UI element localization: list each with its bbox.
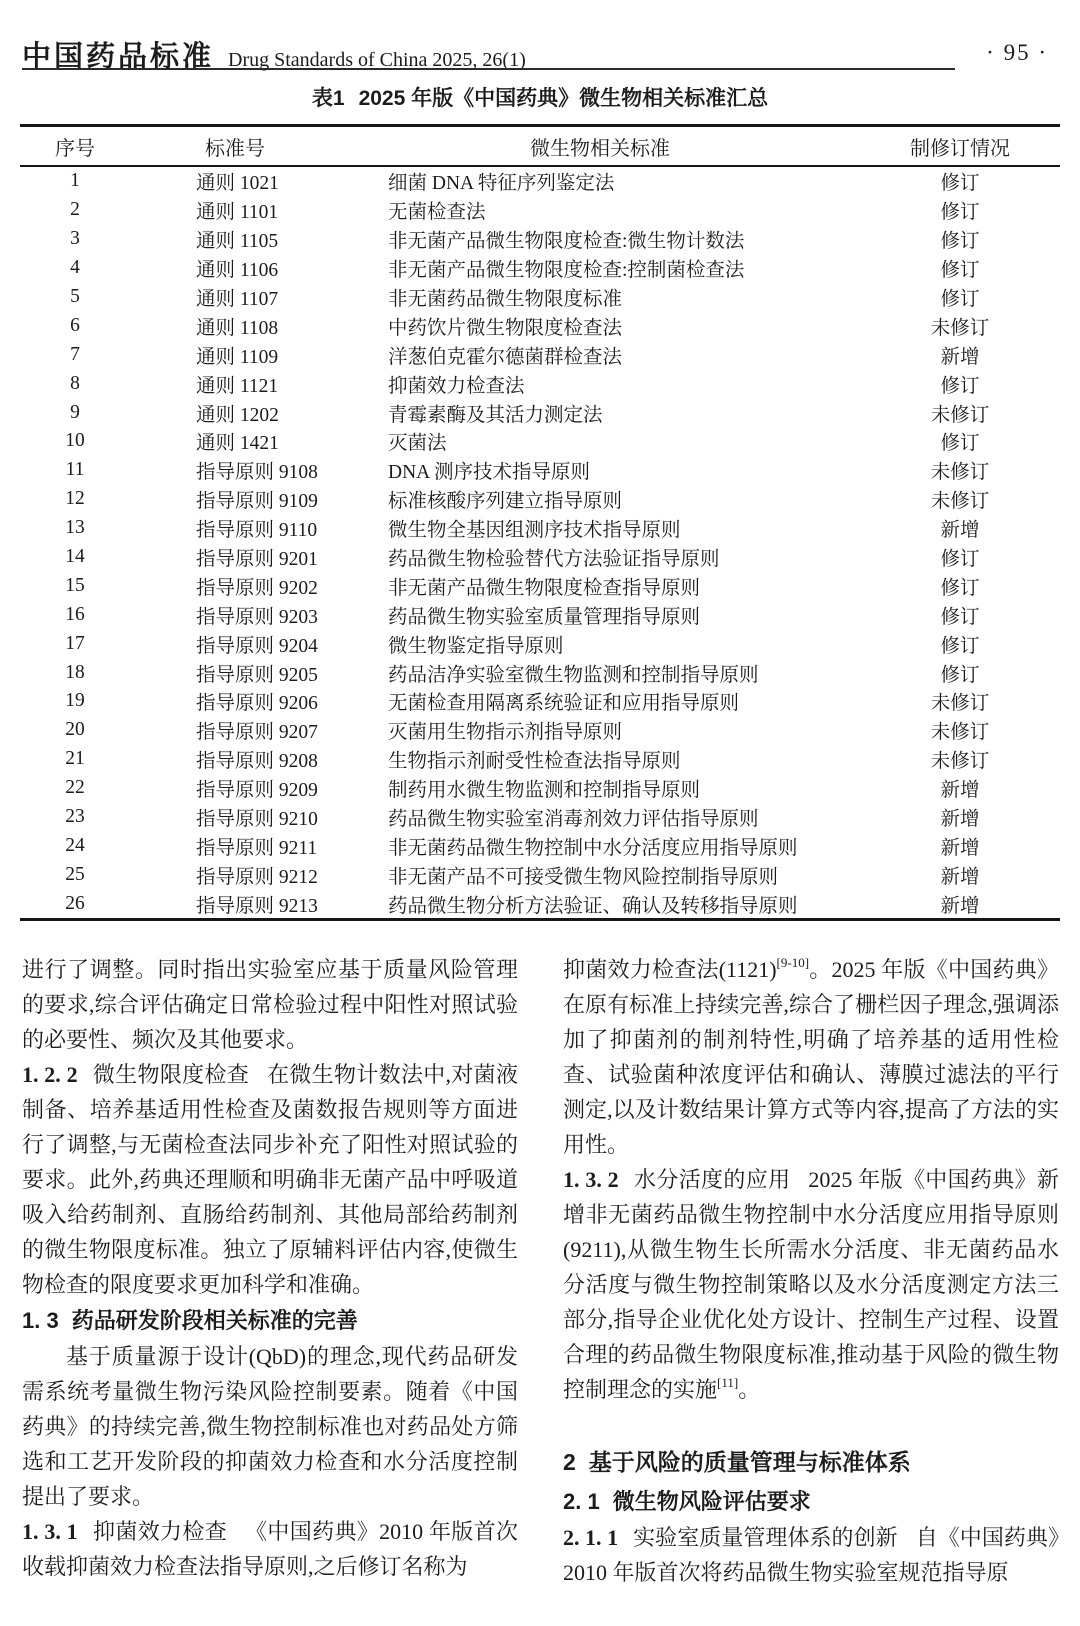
standard-name: DNA 测序技术指导原则 [340,456,860,484]
table-row: 23指导原则 9210药品微生物实验室消毒剂效力评估指导原则新增 [20,803,1060,832]
table-row: 4通则 1106非无菌产品微生物限度检查:控制菌检查法修订 [20,254,1060,283]
row-index: 13 [20,517,130,539]
standard-name: 药品微生物实验室质量管理指导原则 [340,601,860,629]
table-row: 7通则 1109洋葱伯克霍尔德菌群检查法新增 [20,340,1060,369]
revision-status: 新增 [860,341,1060,369]
row-index: 26 [20,893,130,915]
standard-name: 非无菌产品微生物限度检查指导原则 [340,572,860,600]
section-2: 2基于风险的质量管理与标准体系 [563,1441,1059,1483]
table-row: 9通则 1202青霉素酶及其活力测定法未修订 [20,398,1060,427]
standard-number: 指导原则 9213 [130,890,340,918]
table-row: 13指导原则 9110微生物全基因组测序技术指导原则新增 [20,514,1060,543]
row-index: 14 [20,546,130,568]
section-1-3: 1. 3药品研发阶段相关标准的完善 [22,1302,518,1339]
paragraph: 进行了调整。同时指出实验室应基于质量风险管理的要求,综合评估确定日常检验过程中阳… [22,952,518,1057]
revision-status: 新增 [860,514,1060,542]
row-index: 19 [20,690,130,712]
section-2-1-1: 2. 1. 1实验室质量管理体系的创新自《中国药典》2010 年版首次将药品微生… [563,1520,1059,1590]
revision-status: 未修订 [860,456,1060,484]
revision-status: 修订 [860,543,1060,571]
standard-name: 药品微生物分析方法验证、确认及转移指导原则 [340,890,860,918]
paragraph: 抑菌效力检查法(1121)[9-10]。2025 年版《中国药典》在原有标准上持… [563,952,1059,1162]
section-number: 1. 3. 2 [563,1167,619,1192]
table-row: 19指导原则 9206无菌检查用隔离系统验证和应用指导原则未修订 [20,687,1060,716]
standard-number: 通则 1421 [130,427,340,455]
standard-number: 指导原则 9211 [130,832,340,860]
table-caption: 2025 年版《中国药典》微生物相关标准汇总 [359,87,769,110]
revision-status: 未修订 [860,687,1060,715]
section-number: 1. 3. 1 [22,1519,78,1544]
standard-number: 通则 1105 [130,225,340,253]
page-header: 中国药品标准 Drug Standards of China 2025, 26(… [22,34,1058,68]
table-row: 12指导原则 9109标准核酸序列建立指导原则未修订 [20,485,1060,514]
revision-status: 未修订 [860,399,1060,427]
row-index: 5 [20,286,130,308]
journal-page: 中国药品标准 Drug Standards of China 2025, 26(… [0,0,1080,1626]
standard-number: 指导原则 9206 [130,687,340,715]
standard-number: 指导原则 9210 [130,803,340,831]
table-row: 25指导原则 9212非无菌产品不可接受微生物风险控制指导原则新增 [20,860,1060,889]
column-header-index: 序号 [20,132,130,161]
table-row: 2通则 1101无菌检查法修订 [20,196,1060,225]
paragraph: 基于质量源于设计(QbD)的理念,现代药品研发需系统考量微生物污染风险控制要素。… [22,1339,518,1514]
revision-status: 修订 [860,283,1060,311]
row-index: 15 [20,575,130,597]
citation-superscript: [11] [717,1375,738,1390]
table-row: 17指导原则 9204微生物鉴定指导原则修订 [20,629,1060,658]
row-index: 25 [20,864,130,886]
section-title: 微生物风险评估要求 [613,1489,811,1514]
row-index: 11 [20,459,130,481]
standard-name: 灭菌用生物指示剂指导原则 [340,716,860,744]
revision-status: 未修订 [860,745,1060,773]
revision-status: 新增 [860,803,1060,831]
standard-number: 通则 1101 [130,196,340,224]
section-number: 1. 3 [22,1308,59,1333]
row-index: 7 [20,344,130,366]
column-header-standard-name: 微生物相关标准 [340,132,860,161]
section-number: 1. 2. 2 [22,1062,78,1087]
standard-number: 指导原则 9203 [130,601,340,629]
standard-number: 指导原则 9109 [130,485,340,513]
row-index: 17 [20,633,130,655]
table-row: 15指导原则 9202非无菌产品微生物限度检查指导原则修订 [20,571,1060,600]
left-column: 进行了调整。同时指出实验室应基于质量风险管理的要求,综合评估确定日常检验过程中阳… [22,952,518,1590]
standard-number: 通则 1109 [130,341,340,369]
revision-status: 未修订 [860,716,1060,744]
section-title: 微生物限度检查 [93,1062,249,1087]
table-header-row: 序号 标准号 微生物相关标准 制修订情况 [20,127,1060,167]
section-1-3-2: 1. 3. 2水分活度的应用2025 年版《中国药典》新增非无菌药品微生物控制中… [563,1162,1059,1407]
table-row: 14指导原则 9201药品微生物检验替代方法验证指导原则修订 [20,543,1060,572]
standard-number: 指导原则 9212 [130,861,340,889]
standard-number: 指导原则 9205 [130,659,340,687]
table-row: 11指导原则 9108DNA 测序技术指导原则未修订 [20,456,1060,485]
row-index: 16 [20,604,130,626]
revision-status: 修订 [860,572,1060,600]
row-index: 6 [20,315,130,337]
row-index: 23 [20,806,130,828]
standard-number: 通则 1106 [130,254,340,282]
standard-number: 通则 1202 [130,399,340,427]
standard-number: 通则 1121 [130,370,340,398]
standard-name: 非无菌药品微生物限度标准 [340,283,860,311]
section-title: 基于风险的质量管理与标准体系 [589,1449,911,1475]
standard-name: 洋葱伯克霍尔德菌群检查法 [340,341,860,369]
row-index: 12 [20,488,130,510]
standard-name: 灭菌法 [340,427,860,455]
right-column: 抑菌效力检查法(1121)[9-10]。2025 年版《中国药典》在原有标准上持… [563,952,1059,1590]
revision-status: 修订 [860,196,1060,224]
revision-status: 新增 [860,832,1060,860]
revision-status: 修订 [860,225,1060,253]
table-title: 表12025 年版《中国药典》微生物相关标准汇总 [0,82,1080,112]
section-number: 2. 1. 1 [563,1525,618,1550]
standard-name: 抑菌效力检查法 [340,370,860,398]
standard-number: 通则 1108 [130,312,340,340]
section-title: 实验室质量管理体系的创新 [633,1525,898,1550]
standard-number: 通则 1107 [130,283,340,311]
revision-status: 修订 [860,370,1060,398]
section-1-2-2: 1. 2. 2微生物限度检查在微生物计数法中,对菌液制备、培养基适用性检查及菌数… [22,1057,518,1302]
header-rule [22,68,955,70]
standard-name: 中药饮片微生物限度检查法 [340,312,860,340]
table-row: 6通则 1108中药饮片微生物限度检查法未修订 [20,311,1060,340]
standard-number: 指导原则 9110 [130,514,340,542]
body-columns: 进行了调整。同时指出实验室应基于质量风险管理的要求,综合评估确定日常检验过程中阳… [22,952,1059,1590]
column-header-revision-status: 制修订情况 [860,132,1060,161]
revision-status: 未修订 [860,312,1060,340]
standard-number: 指导原则 9204 [130,630,340,658]
standard-name: 非无菌产品微生物限度检查:控制菌检查法 [340,254,860,282]
standard-name: 药品洁净实验室微生物监测和控制指导原则 [340,659,860,687]
standard-number: 指导原则 9209 [130,774,340,802]
section-number: 2 [563,1449,576,1475]
table-row: 21指导原则 9208生物指示剂耐受性检查法指导原则未修订 [20,745,1060,774]
standard-number: 指导原则 9207 [130,716,340,744]
revision-status: 修订 [860,167,1060,195]
standard-name: 制药用水微生物监测和控制指导原则 [340,774,860,802]
standard-number: 指导原则 9201 [130,543,340,571]
table-row: 8通则 1121抑菌效力检查法修订 [20,369,1060,398]
revision-status: 修订 [860,427,1060,455]
row-index: 20 [20,719,130,741]
standard-name: 药品微生物实验室消毒剂效力评估指导原则 [340,803,860,831]
row-index: 22 [20,777,130,799]
table-row: 24指导原则 9211非无菌药品微生物控制中水分活度应用指导原则新增 [20,831,1060,860]
section-title: 水分活度的应用 [634,1167,791,1192]
revision-status: 修订 [860,601,1060,629]
revision-status: 新增 [860,861,1060,889]
section-2-1: 2. 1微生物风险评估要求 [563,1483,1059,1520]
section-title: 药品研发阶段相关标准的完善 [72,1308,358,1333]
table-row: 10通则 1421灭菌法修订 [20,427,1060,456]
row-index: 18 [20,662,130,684]
table-body: 1通则 1021细菌 DNA 特征序列鉴定法修订2通则 1101无菌检查法修订3… [20,167,1060,918]
table-row: 20指导原则 9207灭菌用生物指示剂指导原则未修订 [20,716,1060,745]
standard-number: 指导原则 9208 [130,745,340,773]
section-1-3-1: 1. 3. 1抑菌效力检查《中国药典》2010 年版首次收载抑菌效力检查法指导原… [22,1514,518,1584]
standard-name: 无菌检查法 [340,196,860,224]
row-index: 3 [20,228,130,250]
standard-name: 生物指示剂耐受性检查法指导原则 [340,745,860,773]
standard-name: 非无菌产品微生物限度检查:微生物计数法 [340,225,860,253]
row-index: 4 [20,257,130,279]
row-index: 10 [20,430,130,452]
standards-table: 序号 标准号 微生物相关标准 制修订情况 1通则 1021细菌 DNA 特征序列… [20,124,1060,921]
table-row: 5通则 1107非无菌药品微生物限度标准修订 [20,283,1060,312]
table-row: 22指导原则 9209制药用水微生物监测和控制指导原则新增 [20,774,1060,803]
table-row: 16指导原则 9203药品微生物实验室质量管理指导原则修订 [20,600,1060,629]
row-index: 8 [20,373,130,395]
section-number: 2. 1 [563,1489,600,1514]
revision-status: 修订 [860,254,1060,282]
standard-number: 指导原则 9108 [130,456,340,484]
standard-name: 标准核酸序列建立指导原则 [340,485,860,513]
column-header-standard-number: 标准号 [130,132,340,161]
standard-name: 药品微生物检验替代方法验证指导原则 [340,543,860,571]
row-index: 1 [20,170,130,192]
standard-name: 非无菌药品微生物控制中水分活度应用指导原则 [340,832,860,860]
page-number: · 95 · [986,40,1048,66]
revision-status: 未修订 [860,485,1060,513]
standard-name: 细菌 DNA 特征序列鉴定法 [340,167,860,195]
standard-name: 青霉素酶及其活力测定法 [340,399,860,427]
standard-number: 指导原则 9202 [130,572,340,600]
standard-name: 无菌检查用隔离系统验证和应用指导原则 [340,687,860,715]
standard-name: 非无菌产品不可接受微生物风险控制指导原则 [340,861,860,889]
table-row: 3通则 1105非无菌产品微生物限度检查:微生物计数法修订 [20,225,1060,254]
revision-status: 新增 [860,890,1060,918]
row-index: 24 [20,835,130,857]
citation-superscript: [9-10] [777,955,810,970]
row-index: 2 [20,199,130,221]
revision-status: 修订 [860,630,1060,658]
section-title: 抑菌效力检查 [93,1519,227,1544]
table-row: 26指导原则 9213药品微生物分析方法验证、确认及转移指导原则新增 [20,889,1060,918]
standard-name: 微生物全基因组测序技术指导原则 [340,514,860,542]
table-label: 表1 [312,87,345,110]
row-index: 21 [20,748,130,770]
row-index: 9 [20,402,130,424]
table-row: 18指导原则 9205药品洁净实验室微生物监测和控制指导原则修订 [20,658,1060,687]
standard-name: 微生物鉴定指导原则 [340,630,860,658]
revision-status: 新增 [860,774,1060,802]
table-row: 1通则 1021细菌 DNA 特征序列鉴定法修订 [20,167,1060,196]
standard-number: 通则 1021 [130,167,340,195]
revision-status: 修订 [860,659,1060,687]
